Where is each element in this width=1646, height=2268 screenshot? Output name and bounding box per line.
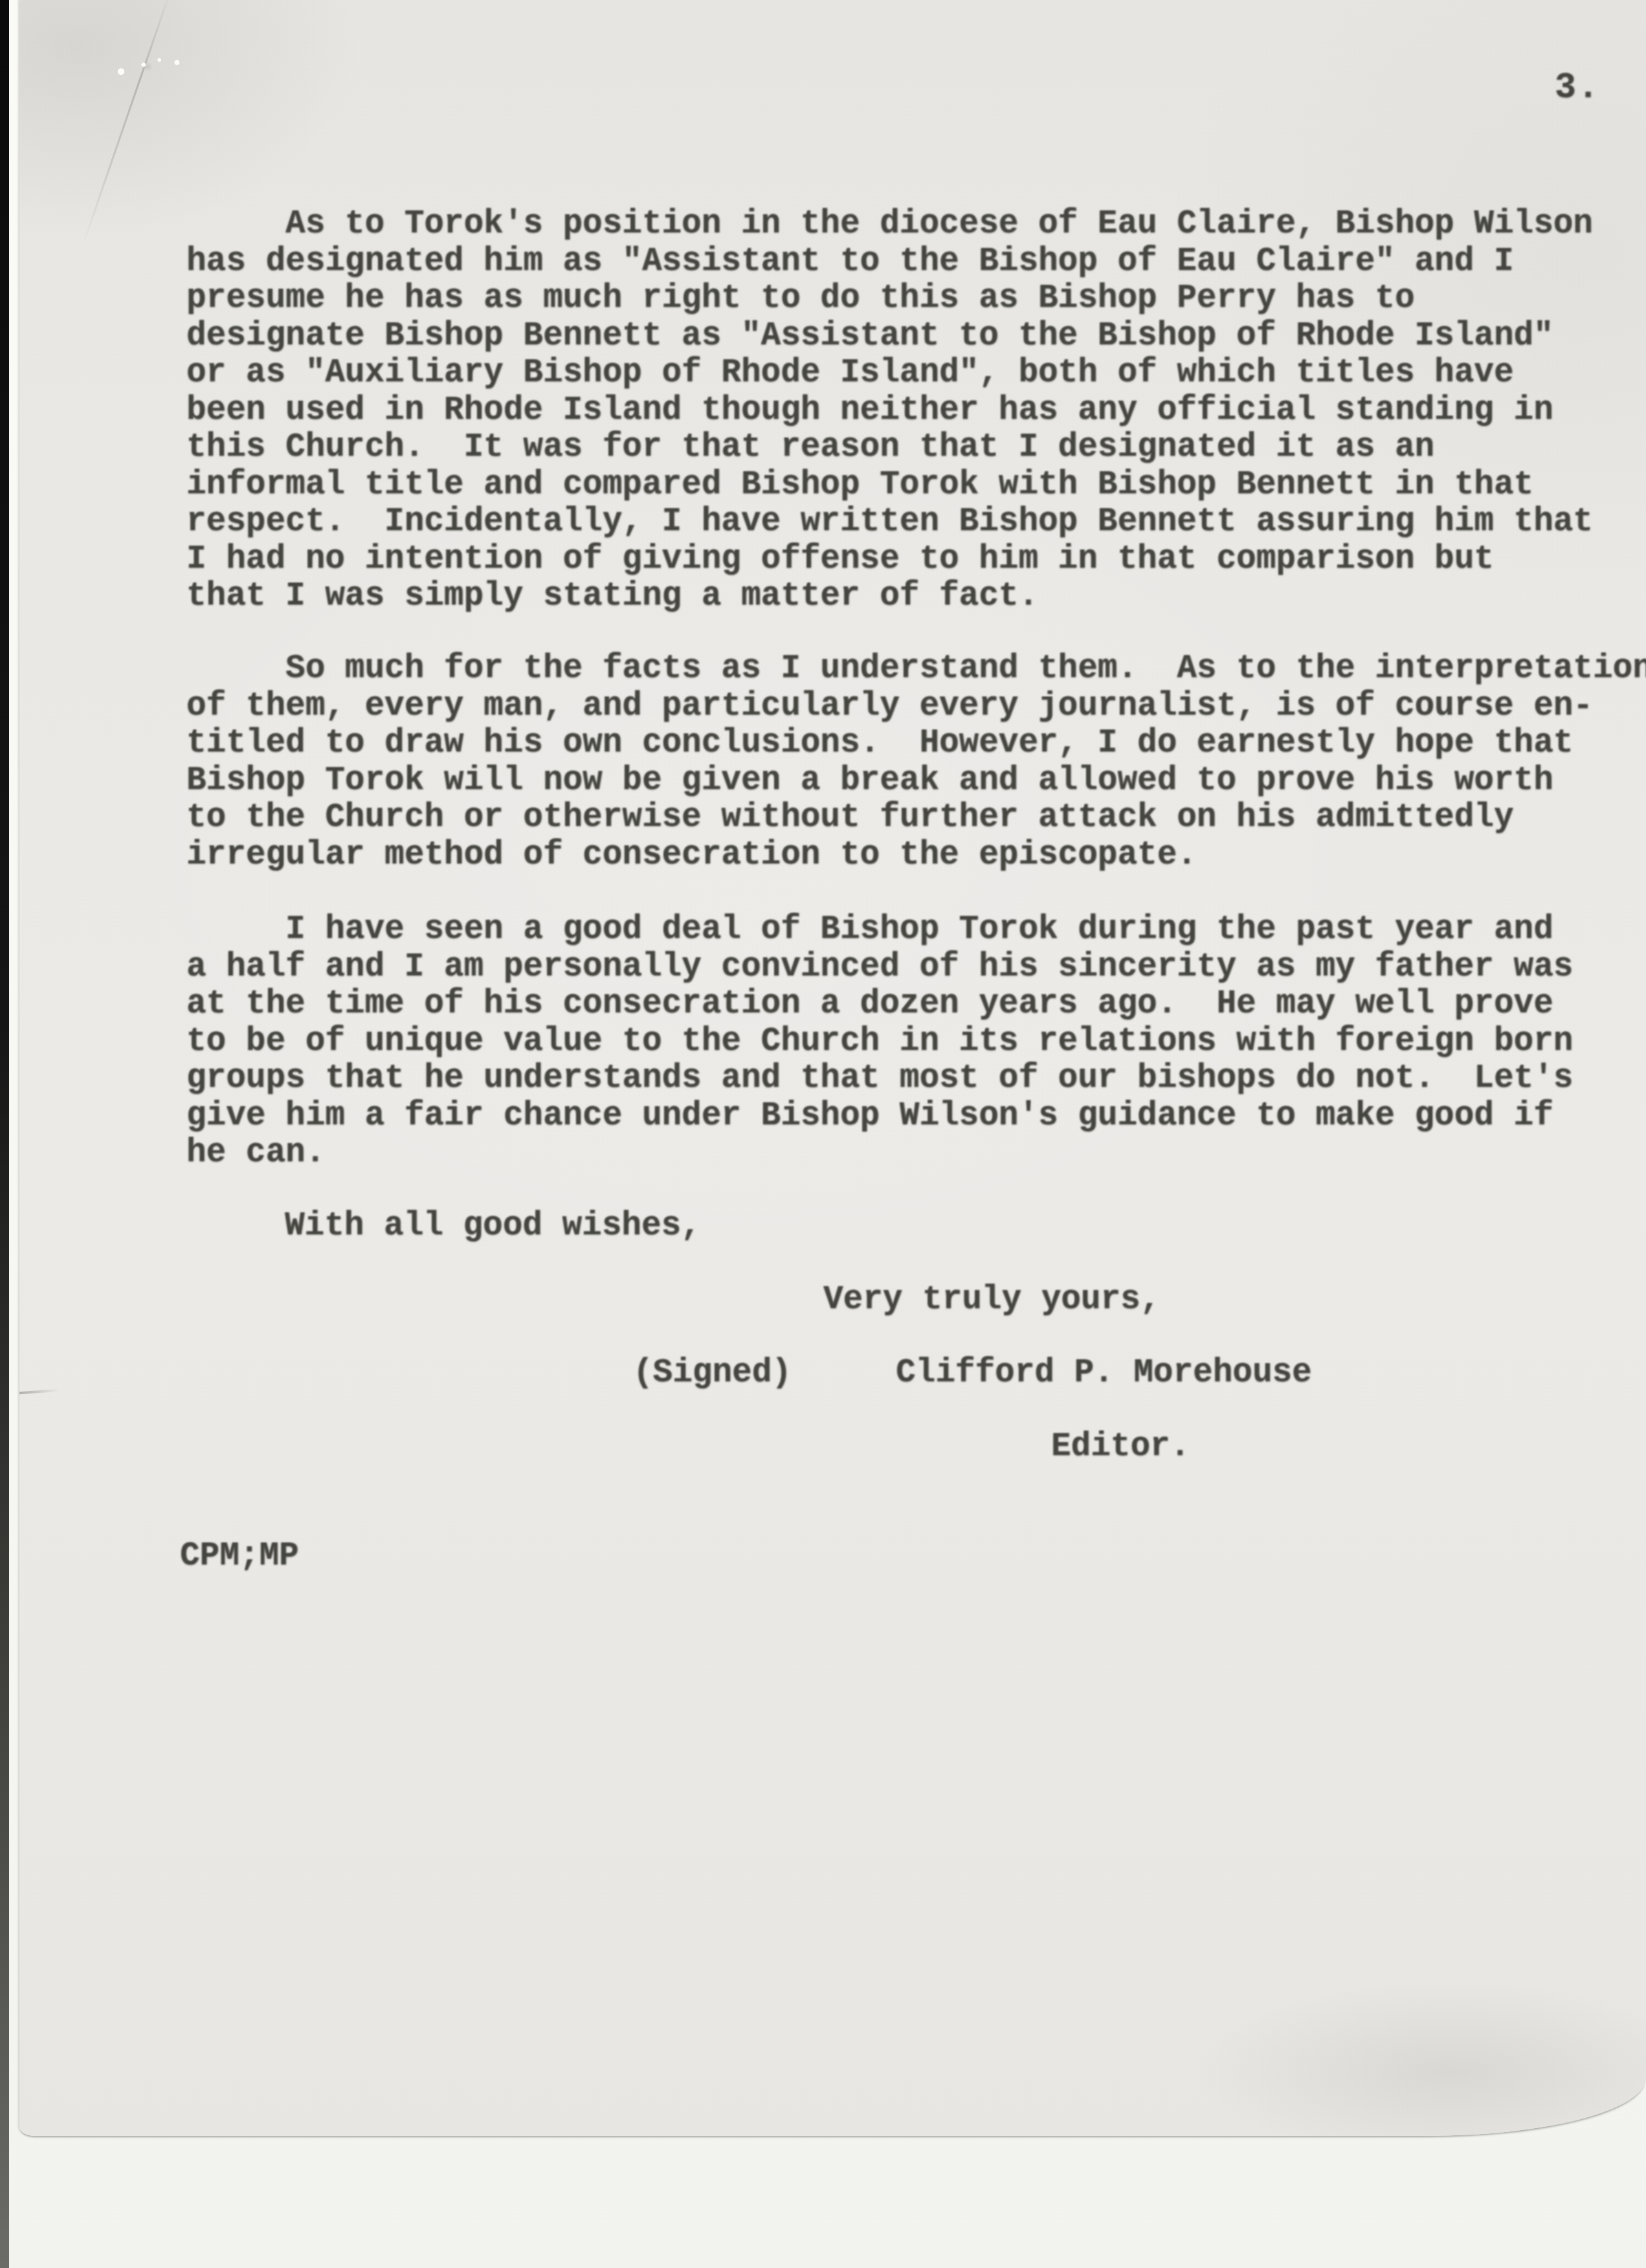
- signature-title: Editor.: [1051, 1429, 1190, 1466]
- signature-name: Clifford P. Morehouse: [896, 1355, 1312, 1392]
- letter-paper: 3. As to Torok's position in the diocese…: [19, 0, 1646, 2136]
- letter-body: 3. As to Torok's position in the diocese…: [19, 0, 1646, 2136]
- scanner-edge-strip: [0, 0, 9, 2268]
- signed-label: (Signed): [633, 1355, 792, 1392]
- paragraph-2: So much for the facts as I understand th…: [186, 650, 1646, 874]
- page-number: 3.: [1555, 67, 1600, 108]
- paragraph-1: As to Torok's position in the diocese of…: [186, 206, 1593, 616]
- scanned-letter-screenshot: { "document": { "page_number": "3.", "pa…: [0, 0, 1646, 2268]
- valediction-line: Very truly yours,: [823, 1282, 1160, 1319]
- paragraph-3: I have seen a good deal of Bishop Torok …: [186, 911, 1573, 1172]
- closing-line: With all good wishes,: [285, 1208, 701, 1245]
- typist-initials: CPM;MP: [180, 1538, 299, 1575]
